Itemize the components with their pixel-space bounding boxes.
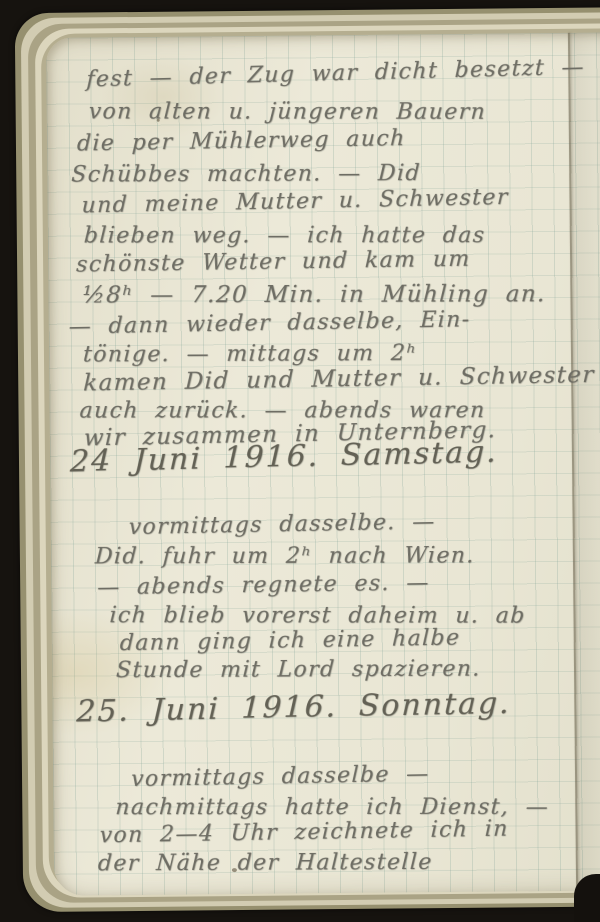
handwriting-line: vormittags dasselbe. — [128, 511, 436, 539]
notebook-page: fest — der Zug war dicht besetzt — von a… [46, 32, 600, 896]
handwriting-line: ½8ʰ — 7.20 Min. in Mühling an. [82, 283, 547, 307]
handwriting-layer: fest — der Zug war dicht besetzt — von a… [46, 32, 600, 896]
handwriting-line: nachmittags hatte ich Dienst, — [115, 797, 550, 819]
handwriting-line: von alten u. jüngeren Bauern [88, 101, 487, 123]
handwriting-line: fest — der Zug war dicht besetzt — [86, 57, 585, 92]
handwriting-line: von 2—4 Uhr zeichnete ich in [99, 819, 509, 848]
handwriting-line: dann ging ich eine halbe [119, 628, 460, 656]
handwriting-line: der Nähe der Haltestelle [97, 852, 433, 875]
handwriting-line: ich blieb vorerst daheim u. ab [109, 605, 526, 627]
handwriting-line: vormittags dasselbe — [131, 764, 430, 791]
scanner-background: fest — der Zug war dicht besetzt — von a… [0, 0, 600, 922]
scan-corner-shadow [574, 874, 600, 922]
handwriting-line: und meine Mutter u. Schwester [81, 187, 509, 218]
handwriting-line: die per Mühlerweg auch [77, 128, 406, 155]
handwriting-line: — dann wieder dasselbe, Ein- [68, 309, 471, 338]
handwriting-line: kamen Did und Mutter u. Schwester [83, 364, 595, 395]
handwriting-line: Schübbes machten. — Did [71, 163, 422, 187]
handwriting-line: blieben weg. — ich hatte das [83, 225, 486, 247]
date-heading-25-juni: 25. Juni 1916. Sonntag. [76, 689, 511, 728]
date-heading-24-juni: 24 Juni 1916. Samstag. [70, 438, 499, 478]
handwriting-line: schönste Wetter und kam um [76, 249, 471, 277]
handwriting-line: Stunde mit Lord spazieren. [115, 659, 481, 683]
handwriting-line: — abends regnete es. — [97, 572, 430, 599]
handwriting-line: tönige. — mittags um 2ʰ [82, 343, 417, 366]
handwriting-line: Did. fuhr um 2ʰ nach Wien. [94, 545, 475, 568]
notebook-page-stack: fest — der Zug war dicht besetzt — von a… [0, 0, 600, 922]
